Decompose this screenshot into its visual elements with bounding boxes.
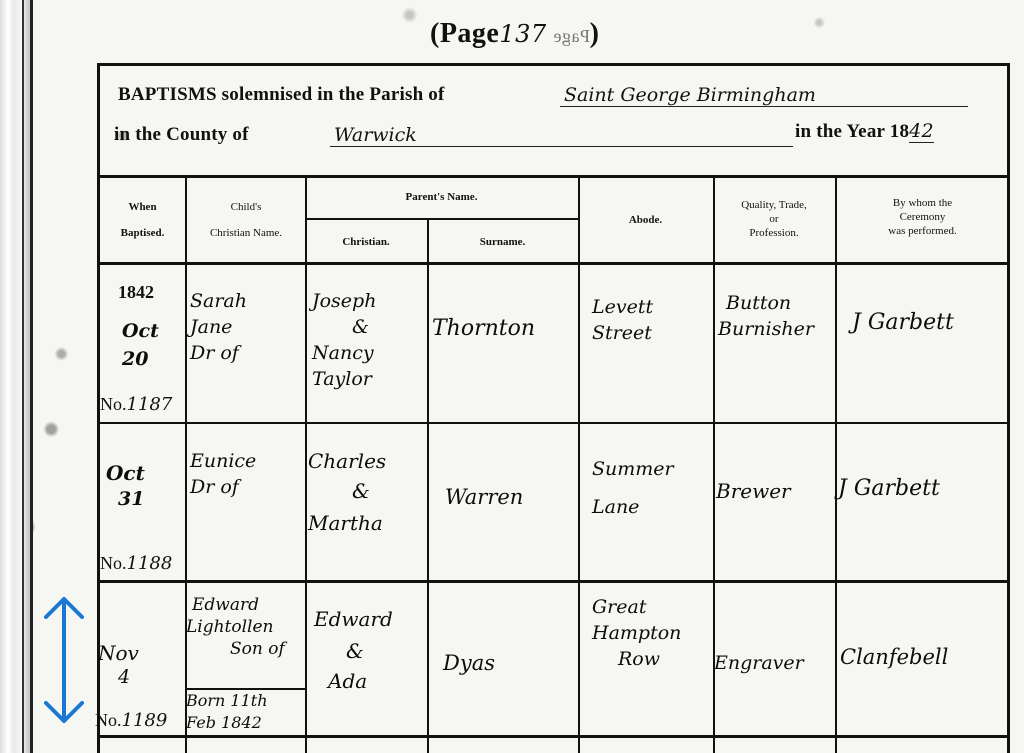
col-header-child: Child's Christian Name. — [187, 200, 305, 240]
entry-number-label: No. — [100, 553, 127, 573]
officiant: J Garbett — [852, 310, 954, 336]
surname: Dyas — [443, 650, 495, 676]
child-name-line: Son of — [186, 638, 285, 660]
page-close-paren: ) — [590, 18, 600, 49]
row-2-bottom-rule — [97, 580, 1010, 583]
col-header-by-whom-line2: Ceremony — [835, 210, 1010, 224]
col-rule-3 — [427, 218, 429, 753]
parent-name-line: Joseph — [312, 288, 376, 314]
parent-name-line: Charles — [308, 448, 386, 474]
col-header-quality-line3: Profession. — [713, 226, 835, 240]
col-header-quality-line2: or — [713, 212, 835, 226]
col-header-parents: Parent's Name. — [305, 190, 578, 204]
double-arrow-icon — [40, 595, 88, 725]
county-label: in the County of — [114, 124, 249, 146]
child-name-line: Dr of — [190, 340, 247, 366]
year-label: in the Year 1842 — [795, 120, 934, 143]
col-header-by-whom-line3: was performed. — [835, 224, 1010, 238]
birth-note-line: Born 11th — [186, 690, 268, 712]
entry-number: No.1187 — [100, 394, 172, 415]
child-name: Edward Lightollen Son of — [186, 594, 285, 660]
page-label: (Page — [430, 18, 499, 49]
parent-name-line: Martha — [308, 510, 386, 536]
parents-christian-names: Joseph & Nancy Taylor — [312, 288, 376, 392]
book-binding — [0, 0, 33, 753]
abode-line: Levett — [592, 294, 653, 320]
col-header-child-line1: Child's — [187, 200, 305, 214]
quality-line: Burnisher — [718, 316, 814, 342]
col-rule-1 — [185, 175, 187, 753]
parents-sub-rule — [305, 218, 578, 220]
entry-number: No.1189 — [95, 710, 167, 731]
parent-name-line: & — [312, 314, 376, 340]
entry-number-value: 1189 — [122, 710, 168, 731]
year-prefix: in the Year 18 — [795, 121, 909, 142]
birth-note-line: Feb 1842 — [186, 712, 268, 734]
col-header-child-line2: Christian Name. — [187, 226, 305, 240]
entry-day: 4 — [118, 664, 130, 690]
child-name-line: Sarah — [190, 288, 247, 314]
col-header-by-whom-line1: By whom the — [835, 196, 1010, 210]
parent-name-line: Nancy — [312, 340, 376, 366]
child-name-line: Edward — [186, 594, 285, 616]
page-ghost-text: Page — [553, 26, 590, 47]
child-name: Sarah Jane Dr of — [190, 288, 247, 366]
entry-month: Nov — [98, 640, 139, 666]
col-header-surname: Surname. — [427, 235, 578, 249]
row-1-bottom-rule — [97, 422, 1010, 424]
entry-month: Oct — [106, 460, 145, 486]
entry-year: 1842 — [118, 282, 154, 303]
quality: Engraver — [714, 650, 804, 676]
abode-line: Street — [592, 320, 653, 346]
col-header-quality: Quality, Trade, or Profession. — [713, 198, 835, 240]
quality: Button Burnisher — [718, 290, 814, 342]
entry-month: Oct — [122, 318, 159, 344]
child-name-line: Jane — [190, 314, 247, 340]
child-name-line: Eunice — [190, 448, 256, 474]
col-header-when-line2: Baptised. — [100, 226, 185, 240]
col-rule-4 — [578, 175, 580, 753]
col-header-when: When Baptised. — [100, 200, 185, 240]
parish-name: Saint George Birmingham — [560, 84, 968, 107]
entry-number-label: No. — [100, 394, 127, 414]
quality: Brewer — [716, 478, 791, 504]
col-header-by-whom: By whom the Ceremony was performed. — [835, 196, 1010, 238]
child-name-line: Dr of — [190, 474, 256, 500]
entry-number-value: 1187 — [127, 394, 173, 415]
abode: Levett Street — [592, 294, 653, 346]
child-name: Eunice Dr of — [190, 448, 256, 500]
abode-line: Summer — [592, 456, 674, 482]
entry-day: 31 — [118, 486, 144, 512]
year-suffix: 42 — [909, 120, 934, 143]
parent-name-line: & — [308, 478, 386, 504]
entry-number-label: No. — [95, 710, 122, 730]
quality-line: Button — [718, 290, 814, 316]
header-top-rule — [97, 175, 1010, 178]
officiant: J Garbett — [838, 476, 940, 502]
abode: Great Hampton Row — [592, 594, 681, 672]
register-heading: BAPTISMS solemnised in the Parish of — [118, 84, 445, 106]
entry-number-value: 1188 — [127, 553, 173, 574]
page-number-heading: (Page137Page) — [430, 18, 600, 50]
parent-name-line: Taylor — [312, 366, 376, 392]
col-header-christian: Christian. — [305, 235, 427, 249]
child-name-line: Lightollen — [186, 616, 285, 638]
parent-name-line: Edward — [314, 606, 393, 632]
entry-number: No.1188 — [100, 553, 172, 574]
row-3-bottom-rule — [97, 735, 1010, 738]
col-header-abode: Abode. — [578, 213, 713, 227]
col-header-when-line1: When — [100, 200, 185, 214]
parents-christian-names: Edward & Ada — [314, 606, 393, 694]
binding-edge — [22, 0, 24, 753]
entry-day: 20 — [122, 346, 148, 372]
abode-line: Lane — [592, 494, 674, 520]
abode-line: Great — [592, 594, 681, 620]
abode-line: Row — [592, 646, 681, 672]
county-name: Warwick — [330, 124, 793, 147]
surname: Thornton — [432, 316, 535, 342]
officiant: Clanfebell — [840, 644, 948, 670]
col-header-quality-line1: Quality, Trade, — [713, 198, 835, 212]
abode-line: Hampton — [592, 620, 681, 646]
page-number: 137 — [499, 20, 546, 48]
col-rule-6 — [835, 175, 837, 753]
abode: Summer Lane — [592, 456, 674, 520]
header-bottom-rule — [97, 262, 1010, 265]
parents-christian-names: Charles & Martha — [308, 448, 386, 536]
col-rule-2 — [305, 175, 307, 753]
parent-name-line: & — [314, 638, 393, 664]
surname: Warren — [445, 484, 523, 510]
child-birth-note: Born 11th Feb 1842 — [186, 690, 268, 734]
parent-name-line: Ada — [314, 668, 393, 694]
